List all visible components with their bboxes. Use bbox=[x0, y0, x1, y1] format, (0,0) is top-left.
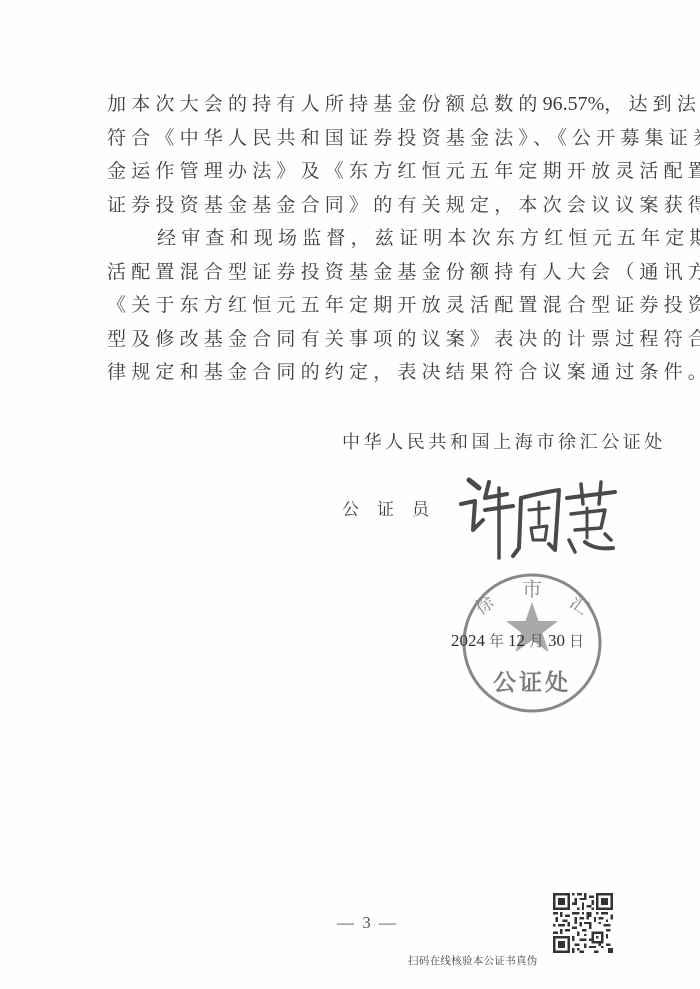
document-date: 2024年12月30日 bbox=[451, 630, 588, 651]
document-page: 加本次大会的持有人所持基金份额总数的96.57%，达到法定条件， 符合《中华人民… bbox=[0, 0, 700, 989]
text-line: 律规定和基金合同的约定，表决结果符合议案通过条件。 bbox=[107, 356, 617, 390]
page-number: — 3 — bbox=[337, 913, 398, 933]
qr-code-icon[interactable] bbox=[553, 893, 613, 953]
text-line: 活配置混合型证券投资基金基金份额持有人大会（通讯方式）对 bbox=[107, 256, 617, 290]
svg-text:徐: 徐 bbox=[471, 592, 498, 620]
document-body: 加本次大会的持有人所持基金份额总数的96.57%，达到法定条件， 符合《中华人民… bbox=[107, 88, 617, 390]
text-line: 证券投资基金基金合同》的有关规定，本次会议议案获得通过。 bbox=[107, 189, 617, 223]
text-line: 经审查和现场监督，兹证明本次东方红恒元五年定期开放灵 bbox=[107, 222, 617, 256]
text-line: 金运作管理办法》及《东方红恒元五年定期开放灵活配置混合型 bbox=[107, 155, 617, 189]
qr-verification-caption: 扫码在线核验本公证书真伪 bbox=[408, 953, 538, 968]
text-line: 符合《中华人民共和国证券投资基金法》、《公开募集证券投资基 bbox=[107, 122, 617, 156]
svg-text:市: 市 bbox=[522, 577, 542, 601]
percentage-value: 96.57% bbox=[543, 93, 605, 115]
notary-office-name: 中华人民共和国上海市徐汇公证处 bbox=[342, 428, 666, 454]
svg-text:公证处: 公证处 bbox=[493, 670, 571, 696]
handwritten-signature bbox=[455, 468, 625, 563]
svg-text:汇: 汇 bbox=[566, 592, 593, 620]
text-line: 《关于东方红恒元五年定期开放灵活配置混合型证券投资基金转 bbox=[107, 289, 617, 323]
date-month: 12 bbox=[508, 631, 525, 650]
date-year: 2024 bbox=[451, 631, 485, 650]
paragraph-certification: 经审查和现场监督，兹证明本次东方红恒元五年定期开放灵 活配置混合型证券投资基金基… bbox=[107, 222, 617, 390]
date-day: 30 bbox=[548, 631, 565, 650]
text-line: 加本次大会的持有人所持基金份额总数的96.57%，达到法定条件， bbox=[107, 88, 617, 122]
paragraph-voting-result: 加本次大会的持有人所持基金份额总数的96.57%，达到法定条件， 符合《中华人民… bbox=[107, 88, 617, 222]
notary-label: 公证员 bbox=[342, 495, 447, 520]
text-line: 型及修改基金合同有关事项的议案》表决的计票过程符合有关法 bbox=[107, 323, 617, 357]
